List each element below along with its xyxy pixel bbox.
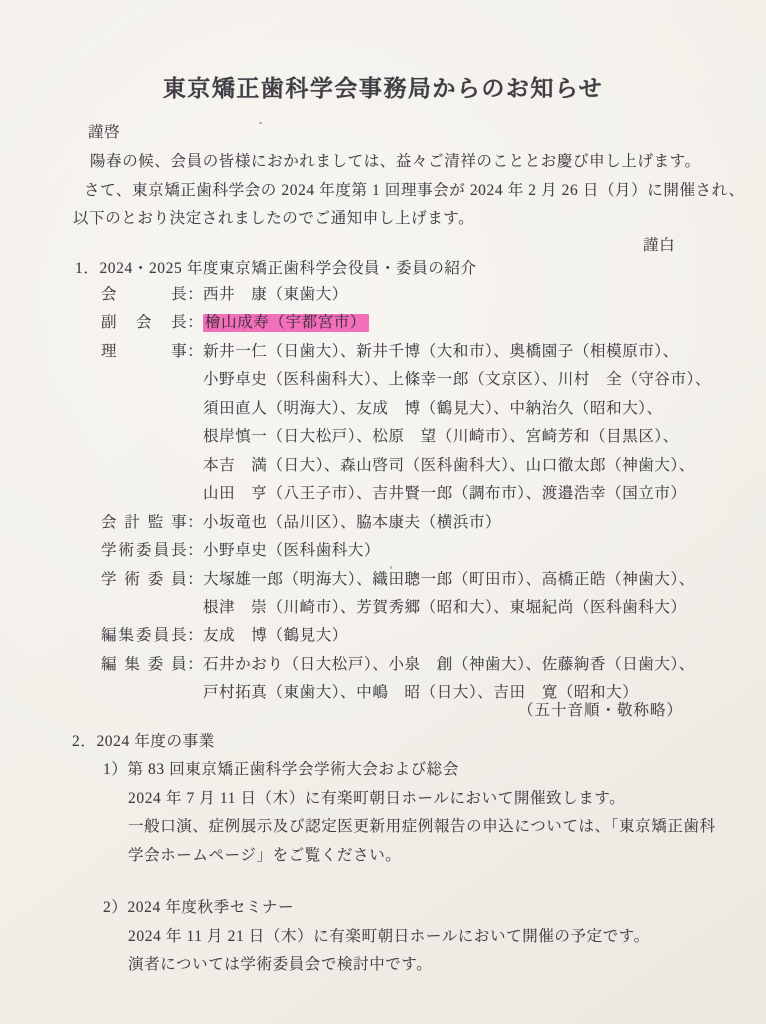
- event-heading: 2）2024 年度秋季セミナー: [72, 894, 716, 922]
- role-values: 小坂竜也（品川区）、脇本康夫（横浜市）: [203, 509, 501, 537]
- event-item-annual-meeting: 1）第 83 回東京矯正歯科学会学術大会および総会 2024 年 7 月 11 …: [72, 756, 716, 870]
- document-title: 東京矯正歯科学会事務局からのお知らせ: [0, 70, 766, 103]
- role-value-line: 山田 亨（八王子市）、吉井賢一郎（調布市）、渡邉浩幸（国立市）: [203, 480, 711, 508]
- role-value-line: 西井 康（東歯大）: [203, 281, 348, 309]
- role-value-line: 大塚雄一郎（明海大）、織田聰一郎（町田市）、高橋正皓（神歯大）、: [203, 566, 695, 594]
- event-line: 学会ホームページ」をご覧ください。: [72, 842, 716, 870]
- salutation: 謹啓: [88, 120, 120, 142]
- business-section: 2．2024 年度の事業 1）第 83 回東京矯正歯科学会学術大会および総会 2…: [72, 728, 716, 980]
- role-row-auditors: 会 計 監 事： 小坂竜也（品川区）、脇本康夫（横浜市）: [101, 509, 711, 537]
- role-row-president: 会 長： 西井 康（東歯大）: [101, 281, 711, 309]
- event-line: 一般口演、症例展示及び認定医更新用症例報告の申込については、「東京矯正歯科: [72, 813, 716, 841]
- event-heading: 1）第 83 回東京矯正歯科学会学術大会および総会: [72, 756, 716, 784]
- role-value-line: 根岸慎一（日大松戸）、松原 望（川崎市）、宮崎芳和（目黒区）、: [203, 423, 711, 451]
- role-label: 会 長: [101, 281, 187, 309]
- role-value-line: 石井かおり（日大松戸）、小泉 創（神歯大）、佐藤絢香（日歯大）、: [203, 651, 695, 679]
- section1-heading: 1．2024・2025 年度東京矯正歯科学会役員・委員の紹介: [75, 256, 477, 278]
- role-row-academic-chair: 学術委員長： 小野卓史（医科歯科大）: [101, 537, 711, 565]
- role-label: 理 事: [101, 338, 187, 366]
- section2-heading: 2．2024 年度の事業: [72, 728, 716, 756]
- role-colon: ：: [187, 651, 203, 679]
- role-colon: ：: [187, 537, 203, 565]
- event-item-autumn-seminar: 2）2024 年度秋季セミナー 2024 年 11 月 21 日（木）に有楽町朝…: [72, 894, 716, 979]
- role-row-editorial-chair: 編集委員長： 友成 博（鶴見大）: [101, 622, 711, 650]
- role-colon: ：: [187, 509, 203, 537]
- highlighted-name: 檜山成寿（宇都宮市）: [203, 314, 369, 332]
- role-value-line: 根津 崇（川崎市）、芳賀秀郷（昭和大）、東堀紀尚（医科歯科大）: [203, 594, 695, 622]
- role-value-line: 本吉 満（日大）、森山啓司（医科歯科大）、山口徹太郎（神歯大）、: [203, 452, 711, 480]
- closing-word: 謹白: [643, 233, 675, 255]
- scan-speck: [390, 566, 392, 569]
- role-colon: ：: [187, 566, 203, 594]
- event-line: 2024 年 7 月 11 日（木）に有楽町朝日ホールにおいて開催致します。: [72, 785, 716, 813]
- role-value-line: 須田直人（明海大）、友成 博（鶴見大）、中納治久（昭和大）、: [203, 395, 711, 423]
- role-values: 小野卓史（医科歯科大）: [203, 537, 380, 565]
- role-label: 副 会 長: [101, 309, 187, 337]
- role-label: 編集委員長: [101, 622, 187, 650]
- role-row-academic-members: 学 術 委 員： 大塚雄一郎（明海大）、織田聰一郎（町田市）、高橋正皓（神歯大）…: [101, 566, 711, 623]
- role-values: 西井 康（東歯大）: [203, 281, 348, 309]
- role-colon: ：: [187, 281, 203, 309]
- role-values: 新井一仁（日歯大）、新井千博（大和市）、奥橋園子（相模原市）、 小野卓史（医科歯…: [203, 338, 711, 509]
- role-label: 学 術 委 員: [101, 566, 187, 594]
- scan-speck: [476, 190, 478, 192]
- role-label: 学術委員長: [101, 537, 187, 565]
- role-row-directors: 理 事： 新井一仁（日歯大）、新井千博（大和市）、奥橋園子（相模原市）、 小野卓…: [101, 338, 711, 509]
- order-note: （五十音順・敬称略）: [518, 698, 683, 720]
- role-values: 友成 博（鶴見大）: [203, 622, 348, 650]
- role-colon: ：: [187, 338, 203, 366]
- role-value-line: 新井一仁（日歯大）、新井千博（大和市）、奥橋園子（相模原市）、: [203, 338, 711, 366]
- role-label: 会 計 監 事: [101, 509, 187, 537]
- event-line: 2024 年 11 月 21 日（木）に有楽町朝日ホールにおいて開催の予定です。: [72, 923, 716, 951]
- scanned-document-page: 東京矯正歯科学会事務局からのお知らせ 謹啓 陽春の候、会員の皆様におかれましては…: [0, 0, 766, 1024]
- intro-line: さて、東京矯正歯科学会の 2024 年度第 1 回理事会が 2024 年 2 月…: [84, 178, 745, 200]
- role-value-line: 小坂竜也（品川区）、脇本康夫（横浜市）: [203, 509, 501, 537]
- role-value-line: 小野卓史（医科歯科大）、上條幸一郎（文京区）、川村 全（守谷市）、: [203, 366, 711, 394]
- role-value-line: 友成 博（鶴見大）: [203, 622, 348, 650]
- role-values: 大塚雄一郎（明海大）、織田聰一郎（町田市）、高橋正皓（神歯大）、 根津 崇（川崎…: [203, 566, 695, 623]
- event-line: 演者については学術委員会で検討中です。: [72, 951, 716, 979]
- role-value-line: 檜山成寿（宇都宮市）: [203, 309, 369, 337]
- role-values: 檜山成寿（宇都宮市）: [203, 309, 369, 337]
- role-value-line: 小野卓史（医科歯科大）: [203, 537, 380, 565]
- intro-line: 陽春の候、会員の皆様におかれましては、益々ご清祥のこととお慶び申し上げます。: [90, 149, 701, 171]
- role-label: 編 集 委 員: [101, 651, 187, 679]
- scan-speck: [259, 122, 262, 124]
- role-colon: ：: [187, 622, 203, 650]
- officers-list: 会 長： 西井 康（東歯大） 副 会 長： 檜山成寿（宇都宮市） 理 事： 新井…: [101, 281, 711, 708]
- role-colon: ：: [187, 309, 203, 337]
- role-row-vice-president: 副 会 長： 檜山成寿（宇都宮市）: [101, 309, 711, 337]
- intro-line: 以下のとおり決定されましたのでご通知申し上げます。: [73, 206, 474, 228]
